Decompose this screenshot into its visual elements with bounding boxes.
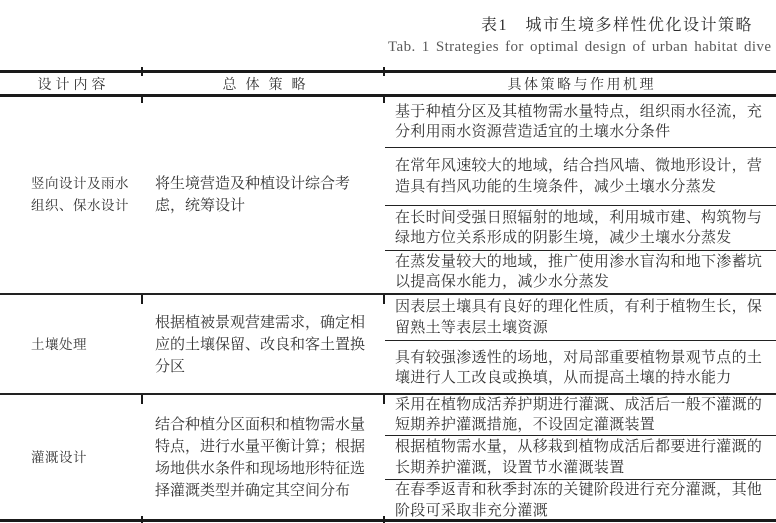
- column-tick: [383, 516, 385, 523]
- detail-cell: 在长时间受强日照辐射的地域，利用城市建、构筑物与绿地方位关系形成的阴影生境，减少…: [385, 205, 776, 250]
- column-tick: [141, 516, 143, 523]
- cell-overall-strategy: 根据植被景观营建需求，确定相应的土壤保留、改良和客土置换分区: [143, 295, 385, 395]
- habitat-strategy-table: 设计内容 总体策略 具体策略与作用机理 竖向设计及雨水组织、保水设计 将生境营造…: [0, 70, 776, 522]
- detail-cell: 具有较强渗透性的场地，对局部重要植物景观节点的土壤进行人工改良或换填，从而提高土…: [385, 340, 776, 395]
- detail-cell: 基于种植分区及其植物需水量特点，组织雨水径流，充分利用雨水资源营造适宜的土壤水分…: [385, 97, 776, 147]
- column-tick: [383, 67, 385, 76]
- detail-cell: 在蒸发量较大的地域，推广使用渗水盲沟和地下渗蓄坑以提高保水能力，减少水分蒸发: [385, 250, 776, 293]
- cell-detail-list: 因表层土壤具有良好的理化性质，有利于植物生长，保留熟土等表层土壤资源 具有较强渗…: [385, 295, 776, 395]
- column-tick: [383, 94, 385, 103]
- detail-cell: 因表层土壤具有良好的理化性质，有利于植物生长，保留熟土等表层土壤资源: [385, 295, 776, 340]
- detail-cell: 在常年风速较大的地域，结合挡风墙、微地形设计，营造具有挡风功能的生境条件，减少土…: [385, 147, 776, 205]
- table-row-soil-treatment: 土壤处理 根据植被景观营建需求，确定相应的土壤保留、改良和客土置换分区 因表层土…: [0, 293, 776, 393]
- detail-cell: 根据植物需水量，从移栽到植物成活后都要进行灌溉的长期养护灌溉，设置节水灌溉装置: [385, 435, 776, 479]
- header-cell-overall-strategy: 总体策略: [143, 73, 385, 94]
- column-tick: [383, 395, 385, 404]
- table-caption-zh: 表1 城市生境多样性优化设计策略: [481, 12, 753, 35]
- cell-detail-list: 采用在植物成活养护期进行灌溉、成活后一般不灌溉的短期养护灌溉措施，不设固定灌溉装…: [385, 395, 776, 521]
- header-cell-design-content: 设计内容: [0, 73, 143, 94]
- table-row-vertical-design: 竖向设计及雨水组织、保水设计 将生境营造及种植设计综合考虑，统筹设计 基于种植分…: [0, 97, 776, 293]
- column-tick: [141, 67, 143, 76]
- table-header-row: 设计内容 总体策略 具体策略与作用机理: [0, 73, 776, 97]
- detail-cell: 采用在植物成活养护期进行灌溉、成活后一般不灌溉的短期养护灌溉措施，不设固定灌溉装…: [385, 395, 776, 435]
- cell-design-content: 竖向设计及雨水组织、保水设计: [0, 97, 143, 293]
- cell-detail-list: 基于种植分区及其植物需水量特点，组织雨水径流，充分利用雨水资源营造适宜的土壤水分…: [385, 97, 776, 293]
- table-caption-en: Tab. 1 Strategies for optimal design of …: [388, 39, 771, 56]
- column-tick: [141, 94, 143, 103]
- cell-design-content: 灌溉设计: [0, 395, 143, 521]
- column-tick: [141, 395, 143, 404]
- page: 表1 城市生境多样性优化设计策略 Tab. 1 Strategies for o…: [0, 0, 776, 523]
- column-tick: [383, 295, 385, 304]
- column-tick: [141, 295, 143, 304]
- table-row-irrigation-design: 灌溉设计 结合种植分区面积和植物需水量特点，进行水量平衡计算；根据场地供水条件和…: [0, 393, 776, 519]
- cell-design-content: 土壤处理: [0, 295, 143, 395]
- cell-overall-strategy: 结合种植分区面积和植物需水量特点，进行水量平衡计算；根据场地供水条件和现场地形特…: [143, 395, 385, 521]
- header-cell-specific-strategy: 具体策略与作用机理: [385, 73, 776, 94]
- cell-overall-strategy: 将生境营造及种植设计综合考虑，统筹设计: [143, 97, 385, 293]
- detail-cell: 在春季返青和秋季封冻的关键阶段进行充分灌溉，其他阶段可采取非充分灌溉: [385, 479, 776, 521]
